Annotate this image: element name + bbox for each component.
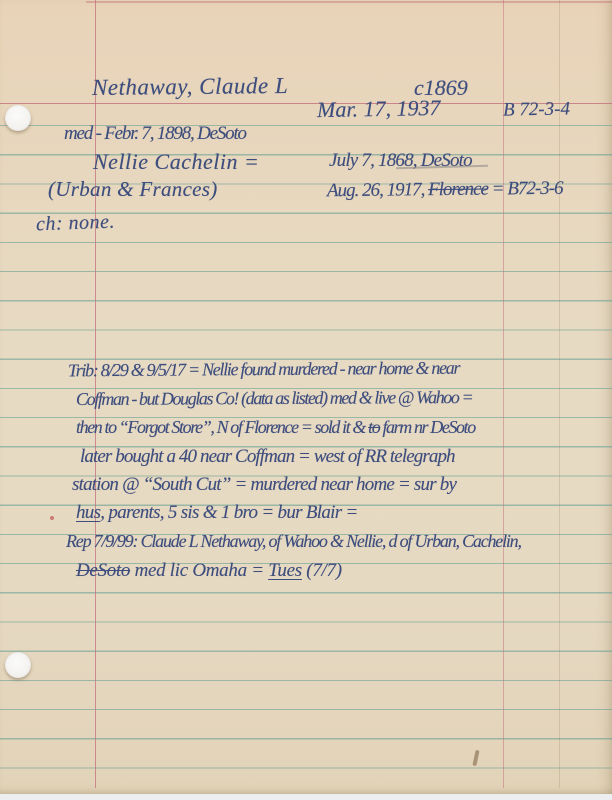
handwriting-text: DeSoto [76,560,130,581]
handwriting-text: (7/7) [302,560,342,581]
handwriting-text: Florence [428,179,488,201]
handwriting-text: Trib: 8/29 & 9/5/17 = Nellie found murde… [68,358,459,381]
handwriting-spouse-death: Aug. 26, 1917, Florence = B72-3-6 [327,179,563,202]
handwriting-note-4: later bought a 40 near Coffman = west of… [80,447,455,468]
handwriting-ref-code-1: B 72-3-4 [503,99,570,121]
handwriting-note-5: station @ “South Cut” = murdered near ho… [72,475,456,496]
handwriting-spouse-birth: July 7, 1868, DeSoto [329,151,472,172]
handwriting-marriage: med - Febr. 7, 1898, DeSoto [64,124,246,145]
handwriting-text: to [368,417,379,437]
handwriting-text: Mar. 17, 1937 [317,95,441,122]
notebook-paper: Nethaway, Claude Lc1869Mar. 17, 1937B 72… [0,0,612,794]
red-ink-dot [50,516,54,520]
handwriting-text: then to “Forgot Store”, N of Florence = … [76,417,368,437]
punch-hole-bottom [5,652,31,678]
handwriting-text: Nellie Cachelin = [93,149,259,174]
handwriting-note-3: then to “Forgot Store”, N of Florence = … [76,418,475,438]
handwriting-text: , parents, 5 sis & 1 bro = bur Blair = [100,502,357,523]
handwriting-note-8: DeSoto med lic Omaha = Tues (7/7) [76,561,342,582]
handwriting-text: farm nr DeSoto [379,417,475,437]
handwriting-text: Rep 7/9/99: Claude L Nethaway, of Wahoo … [66,531,521,551]
handwriting-text: B 72-3-4 [503,98,570,120]
handwriting-text: later bought a 40 near Coffman = west of… [80,446,455,467]
handwriting-text: med - Febr. 7, 1898, DeSoto [64,123,246,144]
handwriting-note-2: Coffman - but Douglas Co! (data as liste… [76,388,472,410]
handwriting-text: = B72-3-6 [488,178,563,200]
handwriting-death-date: Mar. 17, 1937 [317,96,441,122]
handwriting-text: Aug. 26, 1917, [327,179,428,201]
handwriting-note-1: Trib: 8/29 & 9/5/17 = Nellie found murde… [68,359,459,382]
handwriting-text: (Urban & Frances) [48,177,218,201]
handwriting-text: Nethaway, Claude L [92,73,288,100]
handwriting-spouse-name: Nellie Cachelin = [93,150,259,174]
handwriting-text: med lic Omaha = [130,560,268,581]
handwriting-text: Coffman - but Douglas Co! (data as liste… [76,387,472,409]
top-edge-rule [86,1,612,3]
handwriting-surname: Nethaway, Claude L [92,73,288,100]
handwriting-spouse-parents: (Urban & Frances) [48,178,218,201]
handwriting-text: Tues [268,560,302,581]
scanned-notebook-page: Nethaway, Claude Lc1869Mar. 17, 1937B 72… [0,0,612,800]
punch-hole-top [5,105,31,131]
handwriting-text: hus [76,502,100,523]
scanner-background [0,794,612,800]
handwriting-text: ch: none. [36,211,116,236]
handwriting-children: ch: none. [36,211,116,236]
handwriting-note-6: hus, parents, 5 sis & 1 bro = bur Blair … [76,503,358,524]
handwriting-text: station @ “South Cut” = murdered near ho… [72,474,456,495]
handwriting-note-7: Rep 7/9/99: Claude L Nethaway, of Wahoo … [66,532,521,552]
